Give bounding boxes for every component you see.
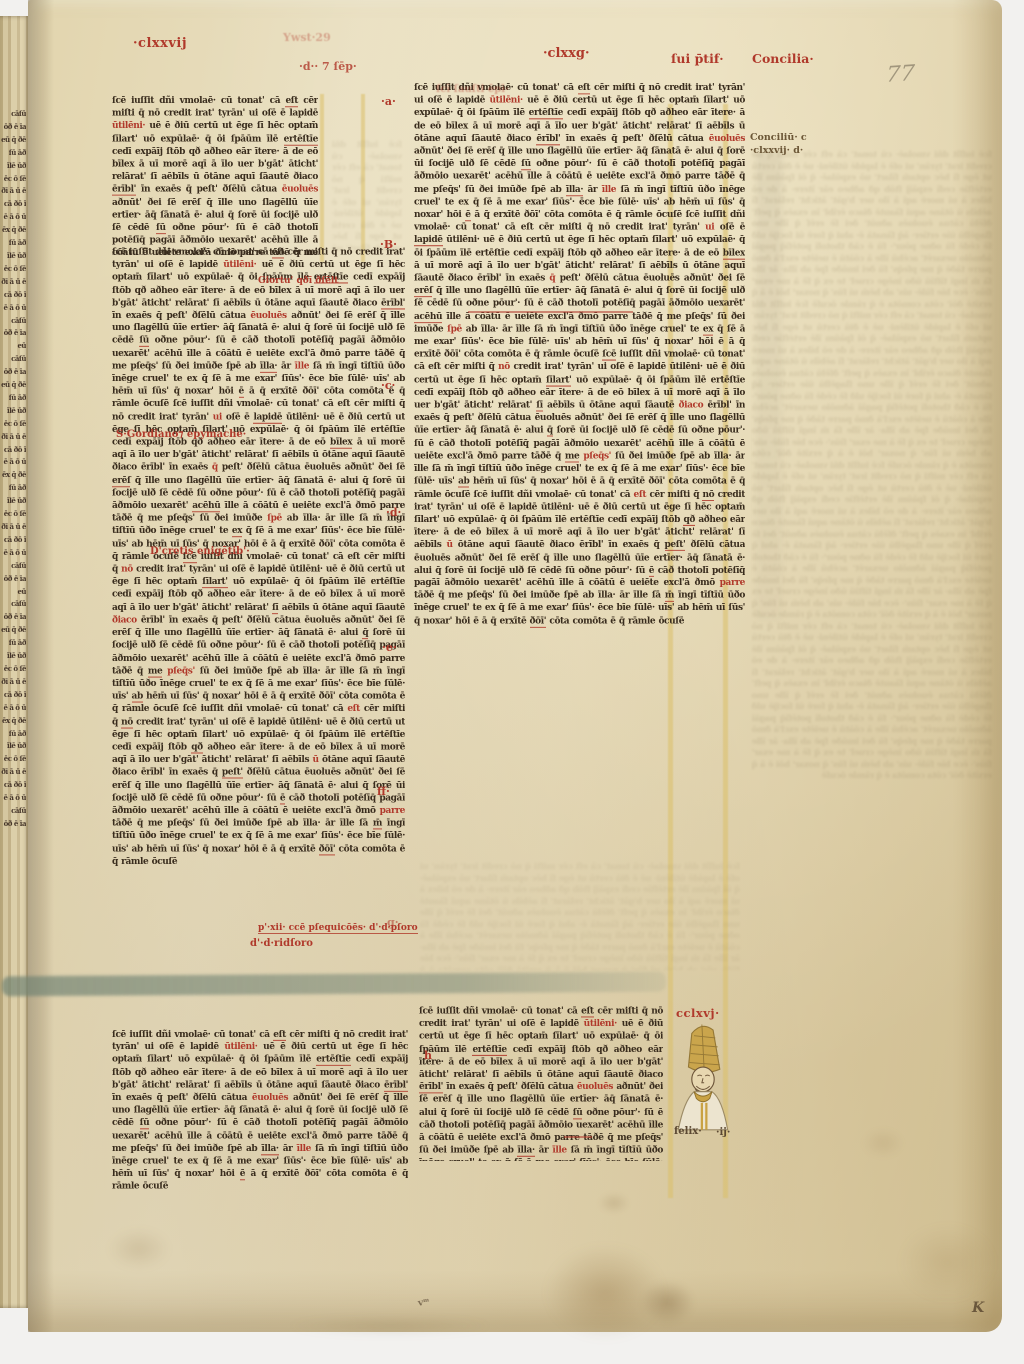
stain: [862, 1128, 904, 1158]
section-letter-f: ff·: [377, 785, 390, 798]
left-column-text-top: ſcē iuſſit dñi vmolaē· cū tonat' cā eſt …: [112, 95, 318, 261]
header-date-note: ·d·· 7 ſēp·: [299, 60, 357, 73]
show-through-text: ſcē iuſſit dñi vmolaē· cū tonat' cā eſt …: [420, 862, 740, 970]
page-edge-shading-bottom: [28, 1270, 1002, 1332]
stain: [108, 1228, 170, 1270]
faded-rubric: ſcī ſauſti ēpī·: [436, 84, 509, 95]
faded-header-note: Ywst·29: [283, 31, 331, 44]
figure-caption-name: felix·: [674, 1126, 702, 1137]
section-letter-g: g·: [387, 916, 399, 929]
ruling-line: [320, 94, 324, 262]
rubric-gordian: S·Gordiano⁊ epymache·: [116, 429, 246, 440]
section-letter-b: ·B·: [380, 238, 397, 251]
running-title-right: Concilia·: [752, 51, 814, 66]
section-letter-a: ·a·: [381, 95, 396, 108]
chapter-number-center: ·clxxg·: [543, 46, 590, 61]
gutter-shadow: [28, 0, 54, 1332]
bishop-figure-drawing: [666, 1020, 740, 1132]
stain: [285, 1316, 495, 1336]
figure-caption-number: ·ij·: [716, 1127, 730, 1138]
stain: [598, 1192, 630, 1214]
corner-letter-mark: K: [972, 1300, 984, 1316]
stain: [640, 1280, 695, 1325]
inline-rubric: Giortu' qðī ðfēlt: [258, 276, 338, 286]
left-column-text: ſcē iuſſit dñi vmolaē· cū tonat' cā eſt …: [112, 246, 405, 974]
stain: [900, 1225, 995, 1300]
section-letter-e: ·e·: [382, 641, 397, 654]
margin-annotation: Conciliū· c ·clxxvij· d·: [750, 131, 860, 157]
previous-folio-text-fragments: cāſū ōð ē īa eū q̄ ðē ſū āð īlē ūð ēc ō …: [1, 108, 26, 832]
red-underline: [468, 311, 633, 313]
margin-annotation-line2: ·clxxvij· d·: [750, 145, 803, 156]
show-through-text: ſcē iuſſit dñi vmolaē· cū tonat' cā eſt …: [752, 150, 992, 920]
left-column-lower-text: ſcē iuſſit dñi vmolaē· cū tonat' cā eſt …: [112, 1028, 408, 1213]
right-column-text: ſcē iuſſit dñi vmolaē· cū tonat' cā eſt …: [414, 82, 745, 868]
section-letter-c: ·c·: [381, 379, 395, 392]
margin-annotation-line1: Conciliū· c: [750, 132, 807, 143]
running-title-left: ſui p̄tif·: [671, 51, 724, 66]
stacked-folio-edges: cāſū ōð ē īa eū q̄ ðē ſū āð īlē ūð ēc ō …: [0, 16, 30, 1308]
section-letter-h: h: [424, 1049, 432, 1062]
section-letter-d: ·d·: [386, 506, 401, 519]
right-column-lower-text: ſcē iuſſit dñi vmolaē· cū tonat' cā eſt …: [419, 1005, 663, 1161]
red-underline: [564, 1136, 592, 1138]
rubric-explicit-line2: d'·d·ridſoro: [250, 938, 313, 949]
manuscript-photo: cāſū ōð ē īa eū q̄ ðē ſū āð īlē ūð ēc ō …: [0, 0, 1024, 1364]
chapter-number-cclxvj: cclxvj·: [676, 1006, 720, 1020]
chapter-number-left: ·clxxvij: [133, 36, 187, 51]
rubric-decretis: D'cretis enigētib'·: [150, 546, 250, 557]
quire-signature: vᵐ: [417, 1297, 430, 1309]
